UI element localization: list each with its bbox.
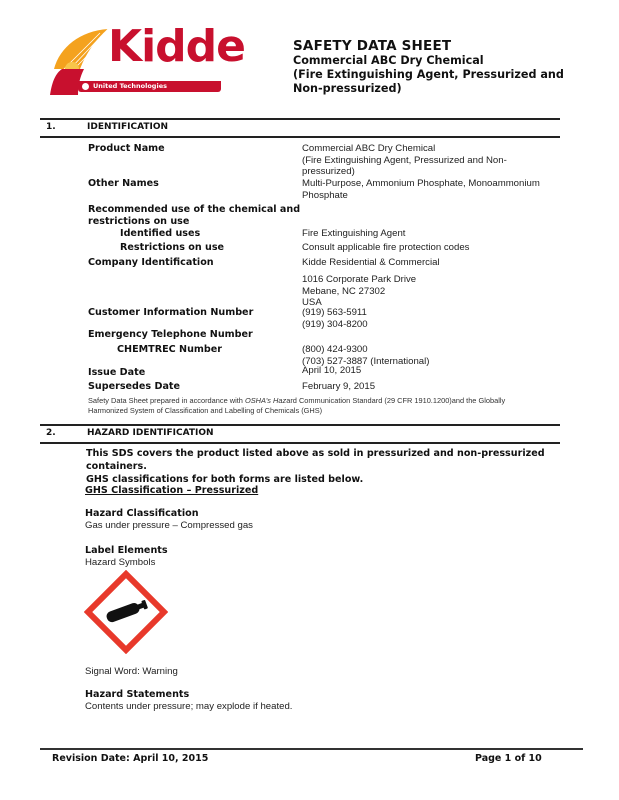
value-line: Phosphate bbox=[302, 190, 562, 202]
intro-line: This SDS covers the product listed above… bbox=[86, 447, 566, 473]
ghs-classification-heading: GHS Classification – Pressurized bbox=[85, 485, 258, 497]
phone-line: (919) 304-8200 bbox=[302, 319, 562, 331]
restrictions-value: Consult applicable fire protection codes bbox=[302, 242, 562, 254]
product-name-label: Product Name bbox=[88, 143, 165, 155]
note-italic: OSHA's Haz bbox=[245, 396, 286, 405]
other-names-label: Other Names bbox=[88, 178, 159, 190]
identified-uses-label: Identified uses bbox=[120, 228, 200, 240]
customer-info-label: Customer Information Number bbox=[88, 307, 253, 319]
note-line: Harmonized System of Classification and … bbox=[88, 406, 563, 416]
hazard-symbols-label: Hazard Symbols bbox=[85, 557, 155, 569]
label-elements-heading: Label Elements bbox=[85, 545, 168, 557]
document-subtitle-line: Non-pressurized) bbox=[293, 82, 583, 96]
identified-uses-value: Fire Extinguishing Agent bbox=[302, 228, 562, 240]
gas-cylinder-pictogram-icon bbox=[84, 570, 168, 654]
company-identification-label: Company Identification bbox=[88, 257, 214, 269]
value-line: Multi-Purpose, Ammonium Phosphate, Monoa… bbox=[302, 178, 562, 190]
kidde-logo: Kidde United Technologies bbox=[50, 25, 220, 95]
section-header-hazard-identification: 2. HAZARD IDENTIFICATION bbox=[40, 424, 560, 444]
logo-tagline: United Technologies bbox=[93, 80, 167, 92]
note-text: ard Communication Standard (29 CFR 1910.… bbox=[286, 396, 505, 405]
document-title-block: SAFETY DATA SHEET Commercial ABC Dry Che… bbox=[293, 38, 583, 96]
signal-word: Signal Word: Warning bbox=[85, 666, 178, 678]
hazard-classification-value: Gas under pressure – Compressed gas bbox=[85, 520, 253, 532]
phone-line: (800) 424-9300 bbox=[302, 344, 562, 356]
document-subtitle-line: Commercial ABC Dry Chemical bbox=[293, 54, 583, 68]
document-subtitle-line: (Fire Extinguishing Agent, Pressurized a… bbox=[293, 68, 583, 82]
other-names-value: Multi-Purpose, Ammonium Phosphate, Monoa… bbox=[302, 178, 562, 201]
document-title: SAFETY DATA SHEET bbox=[293, 38, 583, 54]
address-line: 1016 Corporate Park Drive bbox=[302, 274, 562, 286]
hazard-classification-heading: Hazard Classification bbox=[85, 508, 199, 520]
logo-wordmark: Kidde bbox=[108, 19, 245, 75]
section-title: HAZARD IDENTIFICATION bbox=[87, 428, 214, 438]
regulatory-note: Safety Data Sheet prepared in accordance… bbox=[88, 396, 563, 416]
value-line: (Fire Extinguishing Agent, Pressurized a… bbox=[302, 155, 562, 167]
product-name-value: Commercial ABC Dry Chemical (Fire Exting… bbox=[302, 143, 562, 178]
section-title: IDENTIFICATION bbox=[87, 122, 168, 132]
note-text: Safety Data Sheet prepared in accordance… bbox=[88, 396, 245, 405]
issue-date-value: April 10, 2015 bbox=[302, 365, 562, 377]
chemtrec-value: (800) 424-9300 (703) 527-3887 (Internati… bbox=[302, 344, 562, 367]
section-number: 2. bbox=[46, 428, 56, 438]
page-number: Page 1 of 10 bbox=[475, 753, 542, 764]
label-line: Recommended use of the chemical and bbox=[88, 204, 300, 216]
utc-icon bbox=[82, 83, 89, 90]
supersedes-date-value: February 9, 2015 bbox=[302, 381, 562, 393]
section-header-identification: 1. IDENTIFICATION bbox=[40, 118, 560, 138]
recommended-use-label: Recommended use of the chemical and rest… bbox=[88, 204, 300, 228]
hazard-statements-value: Contents under pressure; may explode if … bbox=[85, 701, 292, 713]
revision-date: Revision Date: April 10, 2015 bbox=[52, 753, 208, 764]
label-line: restrictions on use bbox=[88, 216, 300, 228]
company-name-value: Kidde Residential & Commercial bbox=[302, 257, 562, 269]
chemtrec-label: CHEMTREC Number bbox=[117, 344, 222, 356]
hazard-statements-heading: Hazard Statements bbox=[85, 689, 189, 701]
sds-coverage-intro: This SDS covers the product listed above… bbox=[86, 447, 566, 486]
company-address: 1016 Corporate Park Drive Mebane, NC 273… bbox=[302, 274, 562, 309]
value-line: Commercial ABC Dry Chemical bbox=[302, 143, 562, 155]
value-line: pressurized) bbox=[302, 166, 562, 178]
note-line: Safety Data Sheet prepared in accordance… bbox=[88, 396, 563, 406]
footer-divider bbox=[40, 748, 583, 750]
phone-line: (919) 563-5911 bbox=[302, 307, 562, 319]
customer-info-value: (919) 563-5911 (919) 304-8200 bbox=[302, 307, 562, 330]
logo-tagline-bar: United Technologies bbox=[78, 81, 221, 92]
restrictions-label: Restrictions on use bbox=[120, 242, 224, 254]
supersedes-date-label: Supersedes Date bbox=[88, 381, 180, 393]
issue-date-label: Issue Date bbox=[88, 367, 145, 379]
section-number: 1. bbox=[46, 122, 56, 132]
emergency-phone-label: Emergency Telephone Number bbox=[88, 329, 253, 341]
address-line: Mebane, NC 27302 bbox=[302, 286, 562, 298]
